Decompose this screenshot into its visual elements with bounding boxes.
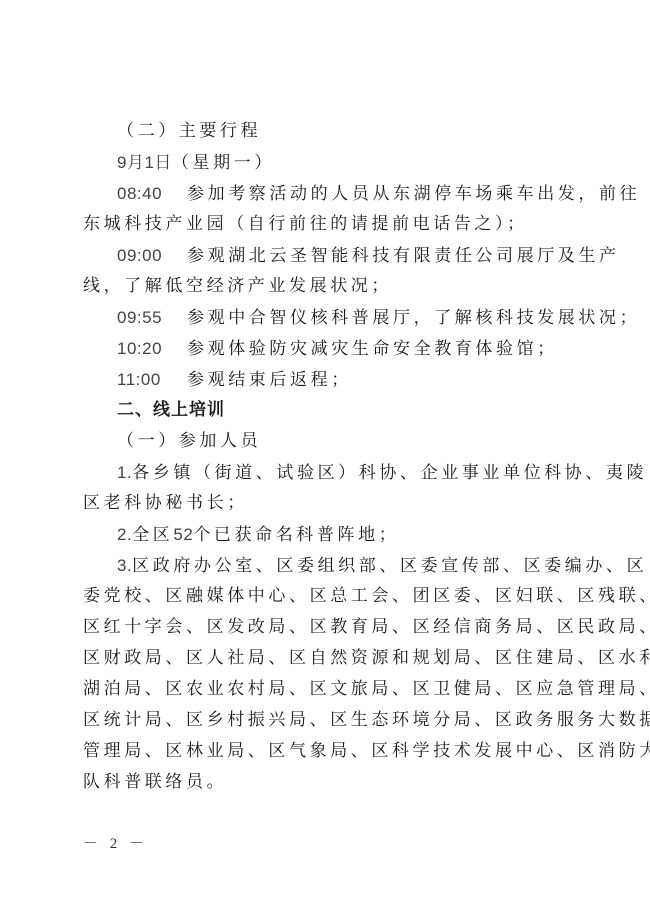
schedule-item: 08:40参加考察活动的人员从东湖停车场乘车出发，前往 bbox=[83, 178, 573, 209]
schedule-time: 11:00 bbox=[117, 364, 187, 395]
item-text-continued: 湖泊局、区农业农村局、区文旅局、区卫健局、区应急管理局、 bbox=[83, 674, 573, 705]
item-text-continued: 委党校、区融媒体中心、区总工会、团区委、区妇联、区残联、 bbox=[83, 581, 573, 612]
schedule-time: 09:00 bbox=[117, 240, 187, 271]
item-number: 3. bbox=[117, 556, 132, 575]
item-number: 2. bbox=[117, 525, 132, 544]
participant-item: 2.全区52个已获命名科普阵地； bbox=[83, 519, 573, 550]
item-text: 全区 bbox=[132, 525, 173, 545]
subsection-heading-itinerary: （二）主要行程 bbox=[83, 116, 573, 147]
schedule-time: 08:40 bbox=[117, 178, 187, 209]
item-text-continued: 区财政局、区人社局、区自然资源和规划局、区住建局、区水利 bbox=[83, 643, 573, 674]
schedule-time: 10:20 bbox=[117, 333, 187, 364]
participant-item: 3.区政府办公室、区委组织部、区委宣传部、区委编办、区 bbox=[83, 550, 573, 581]
schedule-text-continued: 线，了解低空经济产业发展状况； bbox=[83, 271, 573, 302]
schedule-text: 参加考察活动的人员从东湖停车场乘车出发，前往 bbox=[187, 184, 640, 204]
date-value: 9月1日 bbox=[117, 153, 172, 172]
item-text-continued: 管理局、区林业局、区气象局、区科学技术发展中心、区消防大 bbox=[83, 736, 573, 767]
item-number: 1. bbox=[117, 463, 132, 482]
schedule-time: 09:55 bbox=[117, 302, 187, 333]
schedule-item: 09:55参观中合智仪核科普展厅，了解核科技发展状况； bbox=[83, 302, 573, 333]
count-value: 52 bbox=[173, 525, 193, 544]
item-text-continued: 区统计局、区乡村振兴局、区生态环境分局、区政务服务大数据 bbox=[83, 705, 573, 736]
item-text-continued: 队科普联络员。 bbox=[83, 767, 573, 798]
item-text: 区政府办公室、区委组织部、区委宣传部、区委编办、区 bbox=[132, 556, 647, 576]
subsection-heading-participants: （一）参加人员 bbox=[83, 426, 573, 457]
schedule-item: 09:00参观湖北云圣智能科技有限责任公司展厅及生产 bbox=[83, 240, 573, 271]
schedule-text: 参观体验防灾减灾生命安全教育体验馆； bbox=[187, 339, 558, 359]
item-text-continued: 区红十字会、区发改局、区教育局、区经信商务局、区民政局、 bbox=[83, 612, 573, 643]
schedule-item: 10:20参观体验防灾减灾生命安全教育体验馆； bbox=[83, 333, 573, 364]
item-text: 个已获命名科普阵地； bbox=[193, 525, 399, 545]
schedule-text-continued: 东城科技产业园（自行前往的请提前电话告之）； bbox=[83, 209, 573, 240]
schedule-text: 参观结束后返程； bbox=[187, 370, 352, 390]
item-text-continued: 区老科协秘书长； bbox=[83, 488, 573, 519]
weekday: （星期一） bbox=[172, 153, 275, 173]
document-page: （二）主要行程 9月1日（星期一） 08:40参加考察活动的人员从东湖停车场乘车… bbox=[83, 116, 573, 798]
page-number: － 2 － bbox=[83, 832, 148, 853]
section-heading-online-training: 二、线上培训 bbox=[83, 395, 573, 426]
schedule-text: 参观湖北云圣智能科技有限责任公司展厅及生产 bbox=[187, 246, 620, 266]
schedule-item: 11:00参观结束后返程； bbox=[83, 364, 573, 395]
schedule-text: 参观中合智仪核科普展厅，了解核科技发展状况； bbox=[187, 308, 640, 328]
item-text: 各乡镇（街道、试验区）科协、企业事业单位科协、夷陵 bbox=[132, 463, 647, 483]
itinerary-date: 9月1日（星期一） bbox=[83, 147, 573, 178]
participant-item: 1.各乡镇（街道、试验区）科协、企业事业单位科协、夷陵 bbox=[83, 457, 573, 488]
